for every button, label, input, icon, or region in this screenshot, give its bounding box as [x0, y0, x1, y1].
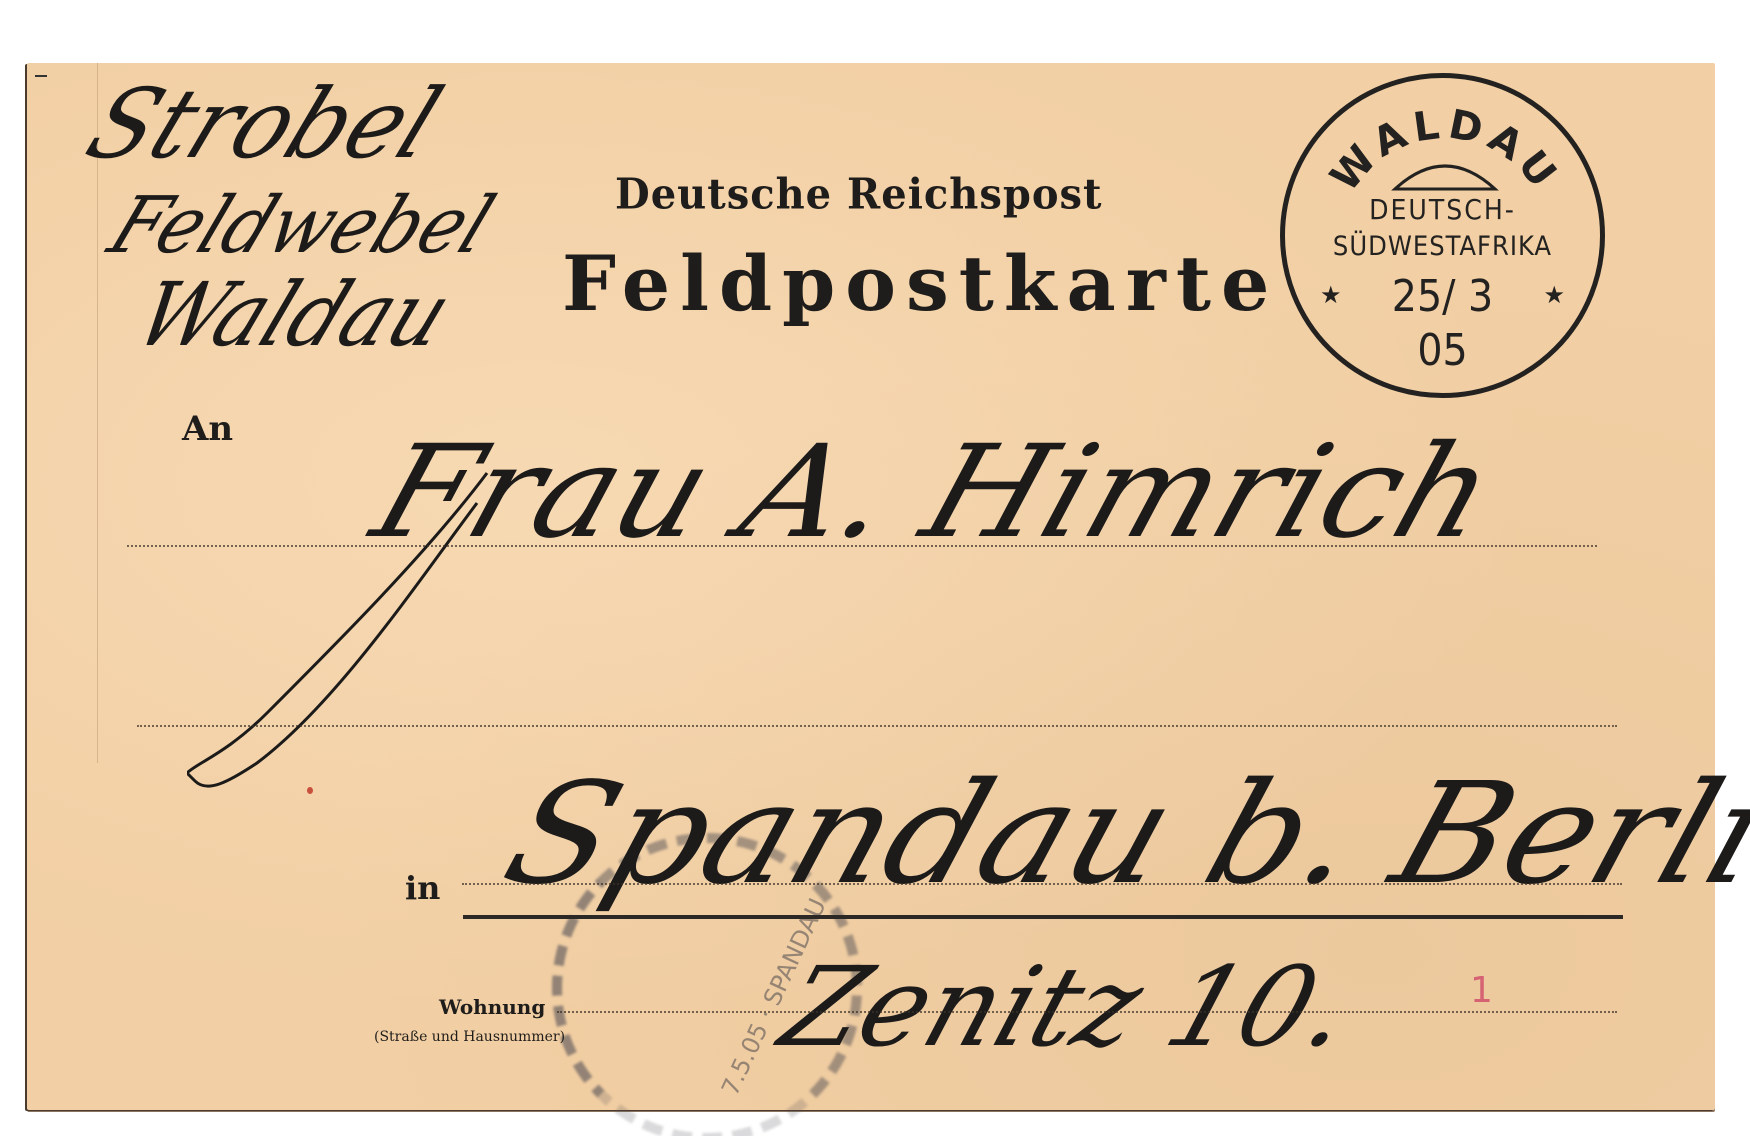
- postmark-region-line1: DEUTSCH-: [1280, 193, 1605, 226]
- sender-name: Strobel: [72, 68, 456, 180]
- waldau-postmark: WALDAU DEUTSCH- SÜDWESTAFRIKA ★ 25/ 3 ★ …: [1280, 73, 1605, 398]
- red-pencil-mark: 1: [1470, 970, 1493, 1011]
- red-spot: [307, 787, 313, 794]
- postmark-region-line2: SÜDWESTAFRIKA: [1280, 231, 1605, 262]
- label-in: in: [405, 869, 440, 907]
- sender-location: Waldau: [122, 263, 466, 366]
- label-strasse: (Straße und Hausnummer): [374, 1029, 565, 1045]
- handwriting-swash: [187, 463, 517, 793]
- header-title: Feldpostkarte: [562, 239, 1279, 328]
- svg-text:WALDAU: WALDAU: [1322, 101, 1569, 200]
- corner-tick-mark: [35, 75, 47, 77]
- city-dotted-line: [462, 883, 1622, 885]
- city-underline: [463, 915, 1623, 919]
- street-dotted-line: [557, 1011, 1617, 1013]
- recipient-street: Zenitz 10.: [767, 943, 1368, 1071]
- header-subtitle: Deutsche Reichspost: [615, 170, 1103, 219]
- postcard: Strobel Feldwebel Waldau Deutsche Reichs…: [27, 63, 1715, 1110]
- postmark-year: 05: [1280, 325, 1605, 376]
- address-line-1: [127, 545, 1597, 547]
- recipient-city: Spandau b. Berlin: [487, 753, 1750, 916]
- label-an: An: [182, 409, 233, 449]
- sender-rank: Feldwebel: [97, 181, 506, 271]
- label-wohnung: Wohnung: [439, 995, 545, 1019]
- address-line-2: [137, 725, 1617, 727]
- star-icon: ★: [1543, 281, 1565, 309]
